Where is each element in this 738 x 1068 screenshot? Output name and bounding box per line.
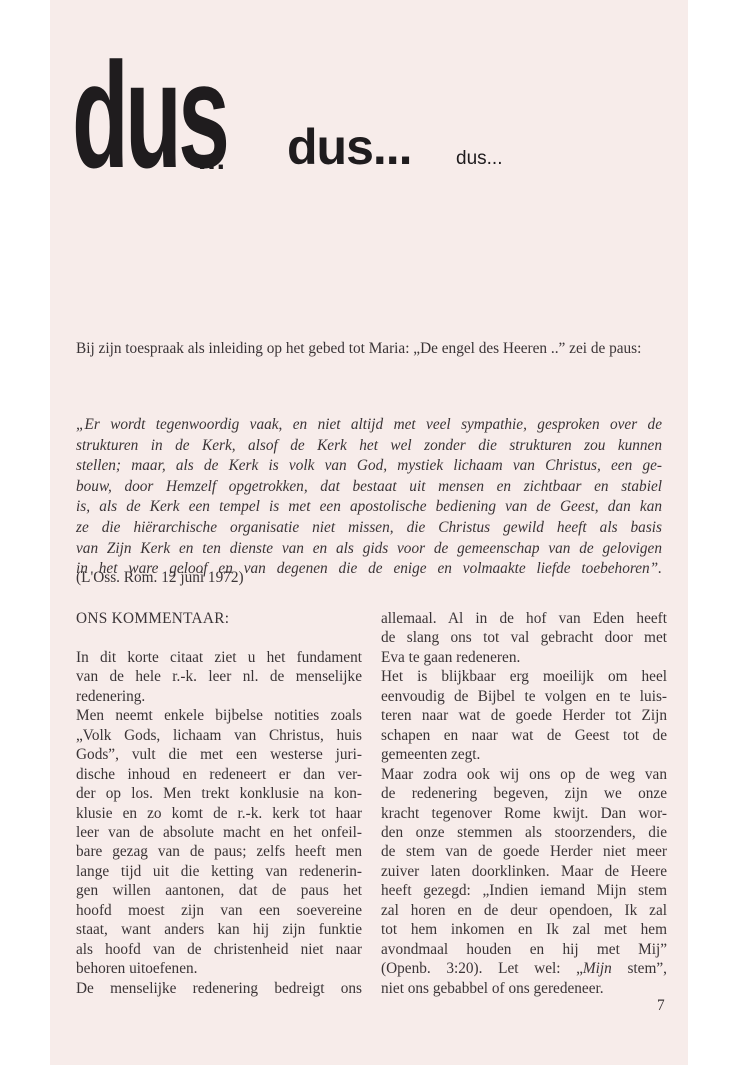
commentary-line: lange tijd uit die ketting van redenerin…	[76, 862, 362, 881]
commentary-line: gemeenten zegt.	[381, 745, 667, 764]
commentary-line: schapen en naar wat de Geest tot de	[381, 726, 667, 745]
commentary-line: redenering.	[76, 687, 362, 706]
commentary-line: hoofd moest zijn van een soevereine	[76, 901, 362, 920]
commentary-line: allemaal. Al in de hof van Eden heeft	[381, 609, 667, 628]
title-large-dots: ...	[198, 145, 226, 175]
quote-line: is, als de Kerk een tempel is met een ap…	[76, 497, 662, 518]
commentary-heading: ONS KOMMENTAAR:	[76, 609, 362, 628]
commentary-column-right: allemaal. Al in de hof van Eden heeftde …	[381, 609, 667, 998]
page-title: dus ... dus... dus...	[50, 0, 688, 190]
papal-quote: „Er wordt tegenwoordig vaak, en niet alt…	[76, 415, 662, 580]
page-number: 7	[657, 996, 665, 1016]
quote-line: strukturen in de Kerk, alsof de Kerk het…	[76, 436, 662, 457]
title-medium: dus...	[287, 117, 412, 177]
commentary-line: van de hele r.-k. leer nl. de menselijke	[76, 667, 362, 686]
commentary-line: klusie en zo komt de r.-k. kerk tot haar	[76, 804, 362, 823]
commentary-line: de stem van de goede Herder niet meer	[381, 842, 667, 861]
commentary-line: de redenering begeven, zijn we onze	[381, 784, 667, 803]
commentary-line: heeft gezegd: „Indien iemand Mijn stem	[381, 881, 667, 900]
commentary-line: zuiver laten doorklinken. Maar de Heere	[381, 862, 667, 881]
document-page: dus ... dus... dus... Bij zijn toespraak…	[50, 0, 688, 1065]
commentary-line: De menselijke redenering bedreigt ons	[76, 979, 362, 998]
quote-line: van Zijn Kerk en ten dienste van en als …	[76, 539, 662, 560]
quote-line: „Er wordt tegenwoordig vaak, en niet alt…	[76, 415, 662, 436]
commentary-line: den onze stemmen als stoorzenders, die	[381, 823, 667, 842]
commentary-line: eenvoudig de Bijbel te volgen en te luis…	[381, 687, 667, 706]
commentary-line: gen willen aantonen, dat de paus het	[76, 881, 362, 900]
commentary-line: tot hem inkomen en Ik zal met hem	[381, 920, 667, 939]
intro-paragraph: Bij zijn toespraak als inleiding op het …	[76, 339, 656, 360]
commentary-line: avondmaal houden en hij met Mij”	[381, 940, 667, 959]
commentary-line: teren naar wat de goede Herder tot Zijn	[381, 706, 667, 725]
commentary-line: In dit korte citaat ziet u het fundament	[76, 648, 362, 667]
commentary-line: Het is blijkbaar erg moeilijk om heel	[381, 667, 667, 686]
quote-line: stellen; maar, als de Kerk is volk van G…	[76, 456, 662, 477]
commentary-line: behoren uitoefenen.	[76, 959, 362, 978]
commentary-line: staat, want anders kan hij zijn funktie	[76, 920, 362, 939]
quote-line: bouw, door Hemzelf opgetrokken, dat best…	[76, 477, 662, 498]
commentary-line: zal horen en de deur opendoen, Ik zal	[381, 901, 667, 920]
commentary-line: de slang ons tot val gebracht door met	[381, 628, 667, 647]
commentary-line: Eva te gaan redeneren.	[381, 648, 667, 667]
quote-source: (L'Oss. Rom. 12 juni 1972)	[76, 568, 244, 588]
commentary-line: (Openb. 3:20). Let wel: „Mijn stem”,	[381, 959, 667, 978]
commentary-line: Men neemt enkele bijbelse notities zoals	[76, 706, 362, 725]
commentary-line: als hoofd van de christenheid niet naar	[76, 940, 362, 959]
title-small: dus...	[456, 147, 502, 171]
quote-line: ze die hiërarchische organisatie niet mi…	[76, 518, 662, 539]
commentary-line: kracht tegenover Rome kwijt. Dan wor-	[381, 804, 667, 823]
commentary-line: bare gezag van de paus; zelfs heeft men	[76, 842, 362, 861]
commentary-line: leer van de absolute macht en het onfeil…	[76, 823, 362, 842]
commentary-line: dische inhoud en redeneert er dan ver-	[76, 765, 362, 784]
commentary-line: „Volk Gods, lichaam van Christus, huis	[76, 726, 362, 745]
commentary-line: Maar zodra ook wij ons op de weg van	[381, 765, 667, 784]
commentary-line: Gods”, vult die met een westerse juri-	[76, 745, 362, 764]
commentary-line: der op los. Men trekt konklusie na kon-	[76, 784, 362, 803]
commentary-column-left: ONS KOMMENTAAR: In dit korte citaat ziet…	[76, 609, 362, 998]
commentary-line: niet ons gebabbel of ons geredeneer.	[381, 979, 667, 998]
